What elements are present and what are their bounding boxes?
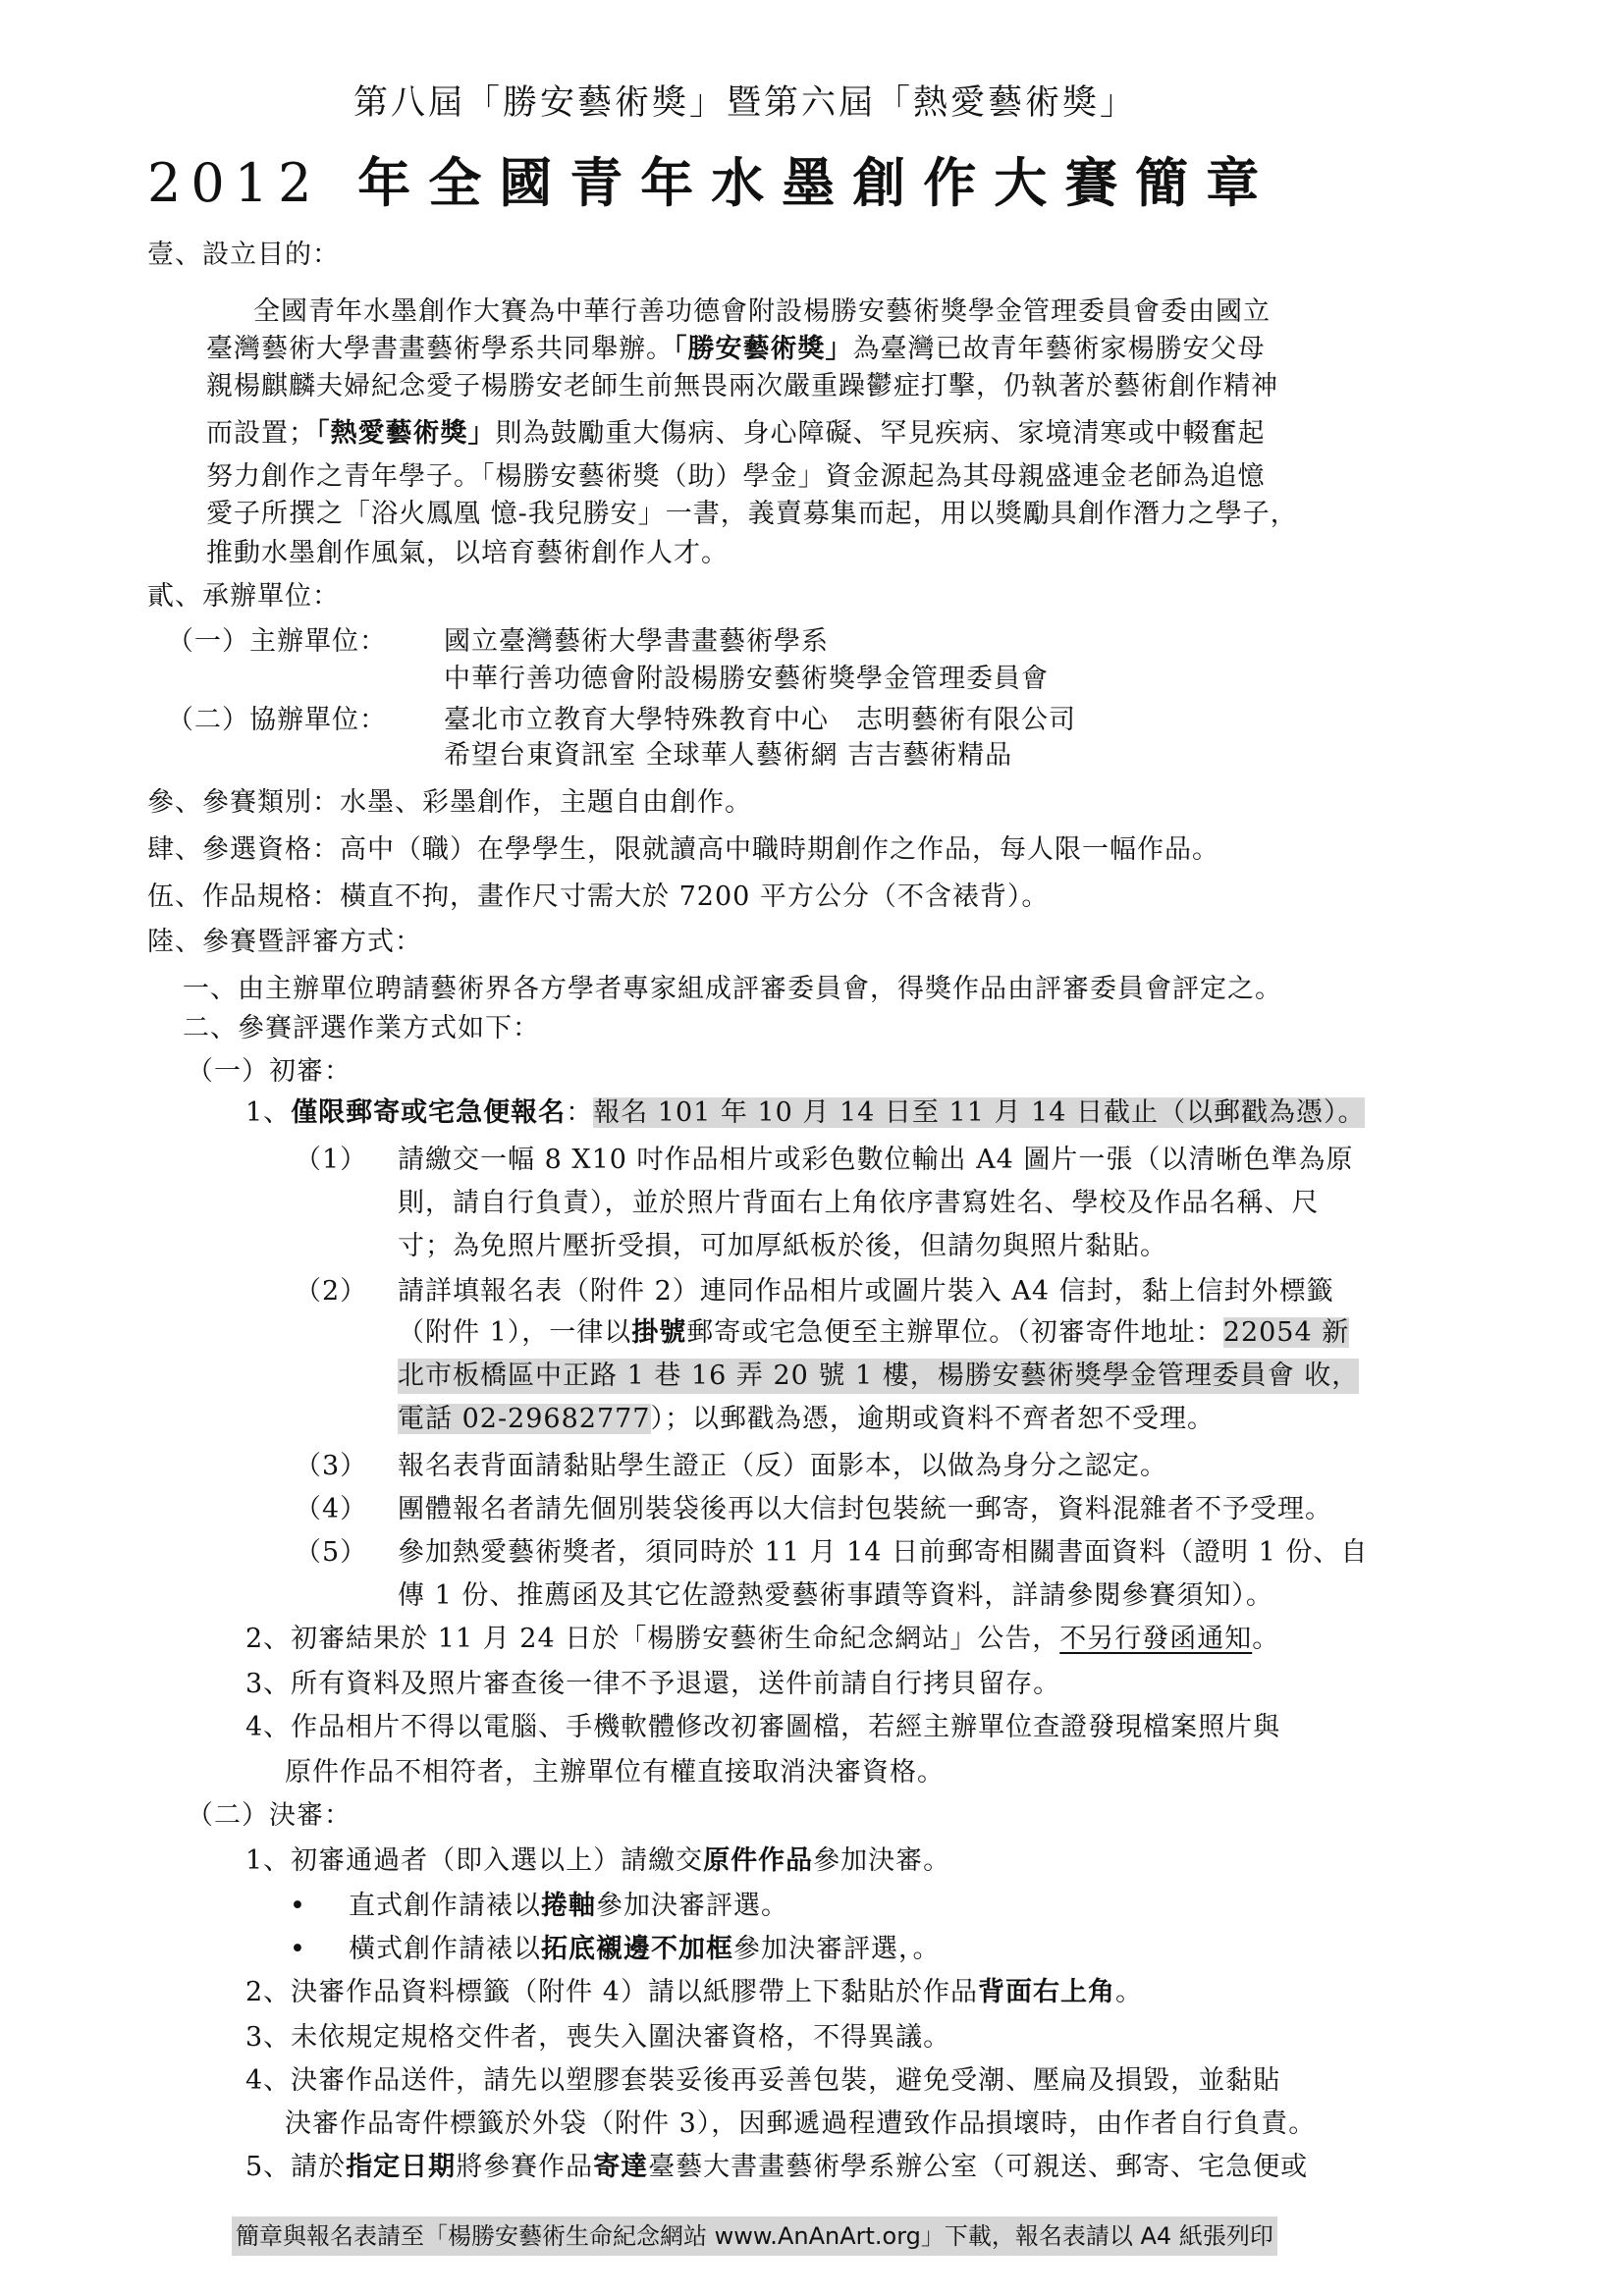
final-rule-2: 2、決審作品資料標籤（附件 4）請以紙膠帶上下黏貼於作品背面右上角。 [245,1975,1143,2010]
mount-no-frame: 拓底襯邊不加框 [541,1934,733,1964]
address-highlight: 22054 新 [1223,1317,1349,1348]
prelim-heading: （一）初審： [187,1054,352,1090]
section-3-category: 參、參賽類別：水墨、彩墨創作，主題自由創作。 [147,785,752,821]
co-host-org: 臺北市立教育大學特殊教育中心 志明藝術有限公司 [444,703,1076,738]
section-1-para-line: 親楊麒麟夫婦紀念愛子楊勝安老師生前無畏兩次嚴重躁鬱症打擊，仍執著於藝術創作精神 [206,369,1278,404]
host-org: 中華行善功德會附設楊勝安藝術獎學金管理委員會 [444,662,1049,697]
deliver: 寄達 [593,2152,648,2182]
item-number: （5） [295,1535,367,1571]
text-span: 。 [1252,1624,1279,1654]
final-rule-3: 3、未依規定規格交件者，喪失入圍決審資格，不得異議。 [245,2020,950,2056]
item-text: 團體報名者請先個別裝袋後再以大信封包裝統一郵寄，資料混雜者不予受理。 [398,1492,1332,1527]
text-span: ）；以郵戳為憑，逾期或資料不齊者恕不受理。 [651,1404,1216,1434]
original-work: 原件作品 [703,1845,813,1876]
text-span: 5、請於 [245,2152,346,2182]
bullet-icon: • [290,1889,349,1924]
section-1-heading: 壹、設立目的： [147,238,340,273]
award-name-shengan: 「勝安藝術獎」 [674,334,853,364]
award-name-reai: 「熱愛藝術獎」 [316,418,496,449]
bullet-item: •直式創作請裱以捲軸參加決審評選。 [290,1889,788,1924]
text-span: 將參賽作品 [456,2152,593,2182]
bullet-item: •橫式創作請裱以拓底襯邊不加框參加決審評選，。 [290,1932,941,1967]
mail-only-notice: 僅限郵寄或宅急便報名 [291,1097,566,1128]
item-number: （2） [295,1274,367,1309]
section-1-para-line: 愛子所撰之「浴火鳳凰 憶-我兒勝安」一書，義賣募集而起，用以獎勵具創作潛力之學子… [206,497,1298,532]
prelim-rule-4: 4、作品相片不得以電腦、手機軟體修改初審圖檔，若經主辦單位查證發現檔案照片與 [245,1710,1280,1745]
co-host-org: 希望台東資訊室 全球華人藝術網 吉吉藝術精品 [444,738,1012,774]
document-title: 2012 年全國青年水墨創作大賽簡章 [147,147,1276,219]
text-span: 參加決審評選，。 [733,1934,941,1964]
text-span: 而設置； [206,418,316,449]
section-1-para-line: 而設置；「熱愛藝術獎」則為鼓勵重大傷病、身心障礙、罕見疾病、家境清寒或中輟奮起 [206,416,1266,452]
item-text: 報名表背面請黏貼學生證正（反）面影本，以做為身分之認定。 [398,1449,1167,1484]
host-label: （一）主辦單位： [167,624,387,660]
bullet-icon: • [290,1932,349,1967]
text-span: 為臺灣已故青年藝術家楊勝安父母 [853,334,1266,364]
section-1-para-line: 努力創作之青年學子。「楊勝安藝術獎（助）學金」資金源起為其母親盛連金老師為追憶 [206,459,1266,495]
text-span: 參加決審評選。 [596,1891,788,1921]
document-subtitle: 第八屆「勝安藝術獎」暨第六屆「熱愛藝術獎」 [353,79,1137,128]
prelim-rule-1: 1、僅限郵寄或宅急便報名：報名 101 年 10 月 14 日至 11 月 14… [245,1095,1365,1131]
item-number: （1） [295,1143,367,1178]
text-span: 臺藝大書畫藝術學系辦公室（可親送、郵寄、宅急便或 [648,2152,1308,2182]
footer-download-note: 簡章與報名表請至「楊勝安藝術生命紀念網站 www.AnAnArt.org」下載，… [232,2216,1277,2256]
section-1-para-line: 臺灣藝術大學書畫藝術學系共同舉辦。「勝安藝術獎」為臺灣已故青年藝術家楊勝安父母 [206,332,1266,367]
section-6-item: 一、由主辦單位聘請藝術界各方學者專家組成評審委員會，得獎作品由評審委員會評定之。 [183,972,1282,1007]
scroll-mount: 捲軸 [541,1891,596,1921]
section-6-heading: 陸、參賽暨評審方式： [147,925,422,960]
final-rule-5: 5、請於指定日期將參賽作品寄達臺藝大書畫藝術學系辦公室（可親送、郵寄、宅急便或 [245,2150,1308,2185]
no-notice-underlined: 不另行發函通知 [1059,1624,1252,1654]
document-page: 第八屆「勝安藝術獎」暨第六屆「熱愛藝術獎」 2012 年全國青年水墨創作大賽簡章… [0,0,1624,2296]
section-4-eligibility: 肆、參選資格：高中（職）在學學生，限就讀高中職時期創作之作品，每人限一幅作品。 [147,832,1219,868]
text-span: 郵寄或宅急便至主辦單位。（初審寄件地址： [686,1317,1223,1348]
prelim-rule-2: 2、初審結果於 11 月 24 日於「楊勝安藝術生命紀念網站」公告，不另行發函通… [245,1622,1279,1657]
section-1-para-line: 推動水墨創作風氣，以培育藝術創作人才。 [206,536,729,571]
item-text: 電話 02-29682777）；以郵戳為憑，逾期或資料不齊者恕不受理。 [398,1402,1215,1437]
text-span: 直式創作請裱以 [349,1891,541,1921]
registration-period: 報名 101 年 10 月 14 日至 11 月 14 日截止（以郵戳為憑）。 [593,1097,1365,1128]
co-host-label: （二）協辦單位： [167,703,387,738]
text-span: 2、初審結果於 11 月 24 日於「楊勝安藝術生命紀念網站」公告， [245,1624,1059,1654]
item-number: （3） [295,1449,367,1484]
designated-date: 指定日期 [346,2152,456,2182]
section-5-specs: 伍、作品規格：橫直不拘，畫作尺寸需大於 7200 平方公分（不含裱背）。 [147,880,1049,915]
item-text: 傳 1 份、推薦函及其它佐證熱愛藝術事蹟等資料，詳請參閱參賽須知）。 [398,1578,1273,1614]
text-span: （附件 1），一律以 [398,1317,631,1348]
section-1-para-line: 全國青年水墨創作大賽為中華行善功德會附設楊勝安藝術獎學金管理委員會委由國立 [253,294,1271,330]
final-heading: （二）決審： [187,1798,352,1834]
section-2-heading: 貳、承辦單位： [147,579,340,614]
final-rule-4: 4、決審作品送件，請先以塑膠套裝妥後再妥善包裝，避免受潮、壓扁及損毀，並黏貼 [245,2063,1280,2099]
text-span: 橫式創作請裱以 [349,1934,541,1964]
prelim-rule-3: 3、所有資料及照片審查後一律不予退還，送件前請自行拷貝留存。 [245,1667,1060,1702]
back-top-right: 背面右上角 [978,1977,1115,2007]
address-highlight: 北市板橋區中正路 1 巷 16 弄 20 號 1 樓，楊勝安藝術獎學金管理委員會… [398,1359,1359,1394]
title-year: 2012 [147,152,321,214]
text-span: 臺灣藝術大學書畫藝術學系共同舉辦。 [206,334,674,364]
phone-highlight: 電話 02-29682777 [398,1404,651,1434]
title-text: 年全國青年水墨創作大賽簡章 [357,151,1276,214]
item-text: 參加熱愛藝術獎者，須同時於 11 月 14 日前郵寄相關書面資料（證明 1 份、… [398,1535,1368,1571]
text-span: 1、 [245,1097,291,1128]
item-text: （附件 1），一律以掛號郵寄或宅急便至主辦單位。（初審寄件地址：22054 新 [398,1315,1349,1351]
item-number: （4） [295,1492,367,1527]
item-text: 請繳交一幅 8 X10 吋作品相片或彩色數位輸出 A4 圖片一張（以清晰色準為原 [398,1143,1353,1178]
text-span: 參加決審。 [813,1845,950,1876]
final-rule-4-cont: 決審作品寄件標籤於外袋（附件 3），因郵遞過程遭致作品損壞時，由作者自行負責。 [285,2107,1316,2142]
item-text: 則，請自行負責），並於照片背面右上角依序書寫姓名、學校及作品名稱、尺 [398,1186,1320,1221]
text-span: 1、初審通過者（即入選以上）請繳交 [245,1845,703,1876]
registered-mail: 掛號 [631,1317,686,1348]
host-org: 國立臺灣藝術大學書畫藝術學系 [444,624,829,660]
section-6-item: 二、參賽評選作業方式如下： [183,1011,540,1046]
text-span: 。 [1115,1977,1143,2007]
text-span: 2、決審作品資料標籤（附件 4）請以紙膠帶上下黏貼於作品 [245,1977,978,2007]
text-span: ： [566,1097,593,1128]
item-text: 寸；為免照片壓折受損，可加厚紙板於後，但請勿與照片黏貼。 [398,1229,1167,1264]
text-span: 則為鼓勵重大傷病、身心障礙、罕見疾病、家境清寒或中輟奮起 [496,418,1266,449]
prelim-rule-4-cont: 原件作品不相符者，主辦單位有權直接取消決審資格。 [285,1755,945,1790]
item-text: 請詳填報名表（附件 2）連同作品相片或圖片裝入 A4 信封，黏上信封外標籤 [398,1274,1334,1309]
final-rule-1: 1、初審通過者（即入選以上）請繳交原件作品參加決審。 [245,1843,950,1879]
